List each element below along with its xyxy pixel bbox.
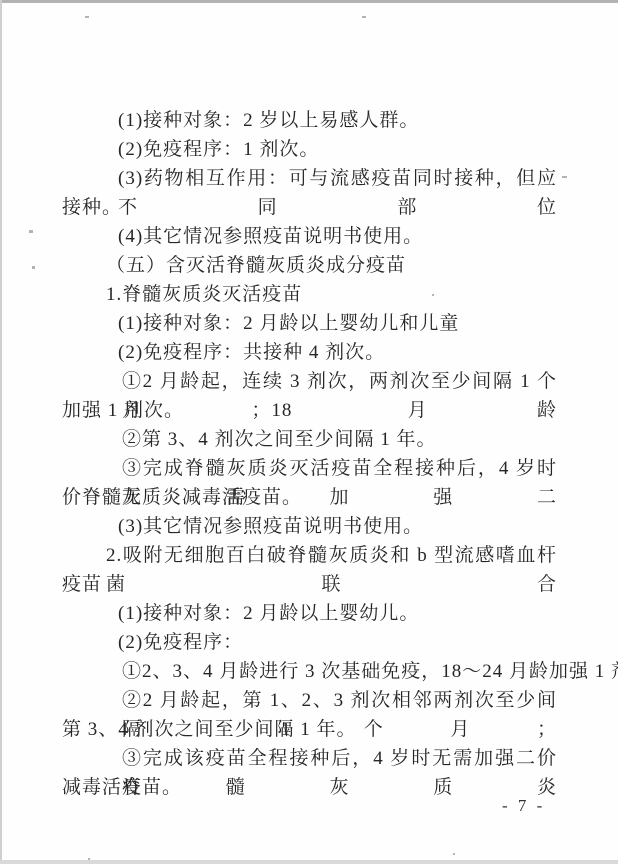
scan-edge-bottom [0, 860, 618, 864]
text-line: ①2 月龄起，连续 3 剂次，两剂次至少间隔 1 个月；18 月龄 [62, 367, 557, 396]
scan-speck [453, 853, 455, 855]
document-body: (1)接种对象：2 岁以上易感人群。 (2)免疫程序：1 剂次。 (3)药物相互… [62, 106, 557, 802]
text-line: (1)接种对象：2 月龄以上婴幼儿和儿童 [62, 309, 557, 338]
text-line: (1)接种对象：2 岁以上易感人群。 [62, 106, 557, 135]
scan-speck [32, 266, 35, 269]
text-line: (3)药物相互作用：可与流感疫苗同时接种，但应不同部位 [62, 164, 557, 193]
text-line: (2)免疫程序： [62, 628, 557, 657]
text-line: ①2、3、4 月龄进行 3 次基础免疫，18～24 月龄加强 1 剂次。 [62, 657, 557, 686]
scan-speck [432, 294, 434, 296]
subsection-heading: 1.脊髓灰质炎灭活疫苗 [62, 280, 557, 309]
text-line: ③完成脊髓灰质炎灭活疫苗全程接种后，4 岁时无需加强二 [62, 454, 557, 483]
text-line: ②第 3、4 剂次之间至少间隔 1 年。 [62, 425, 557, 454]
scan-edge-left [0, 0, 2, 864]
scan-speck [88, 858, 90, 860]
scan-edge-top [0, 0, 618, 3]
scan-speck [85, 16, 89, 18]
page-number: - 7 - [502, 796, 545, 816]
scan-speck [29, 230, 33, 233]
section-heading: （五）含灭活脊髓灰质炎成分疫苗 [62, 251, 557, 280]
subsection-heading: 2.吸附无细胞百白破脊髓灰质炎和 b 型流感嗜血杆菌联合 [62, 541, 557, 570]
scan-speck [562, 176, 567, 178]
text-line: ②2 月龄起，第 1、2、3 剂次相邻两剂次至少间隔 1 个月； [62, 686, 557, 715]
scan-speck [362, 16, 366, 18]
scanned-document-page: (1)接种对象：2 岁以上易感人群。 (2)免疫程序：1 剂次。 (3)药物相互… [0, 0, 618, 864]
text-line: (2)免疫程序：共接种 4 剂次。 [62, 338, 557, 367]
text-line: (3)其它情况参照疫苗说明书使用。 [62, 512, 557, 541]
text-line: (1)接种对象：2 月龄以上婴幼儿。 [62, 599, 557, 628]
text-line: ③完成该疫苗全程接种后，4 岁时无需加强二价脊髓灰质炎 [62, 744, 557, 773]
text-line: (2)免疫程序：1 剂次。 [62, 135, 557, 164]
text-line: (4)其它情况参照疫苗说明书使用。 [62, 222, 557, 251]
